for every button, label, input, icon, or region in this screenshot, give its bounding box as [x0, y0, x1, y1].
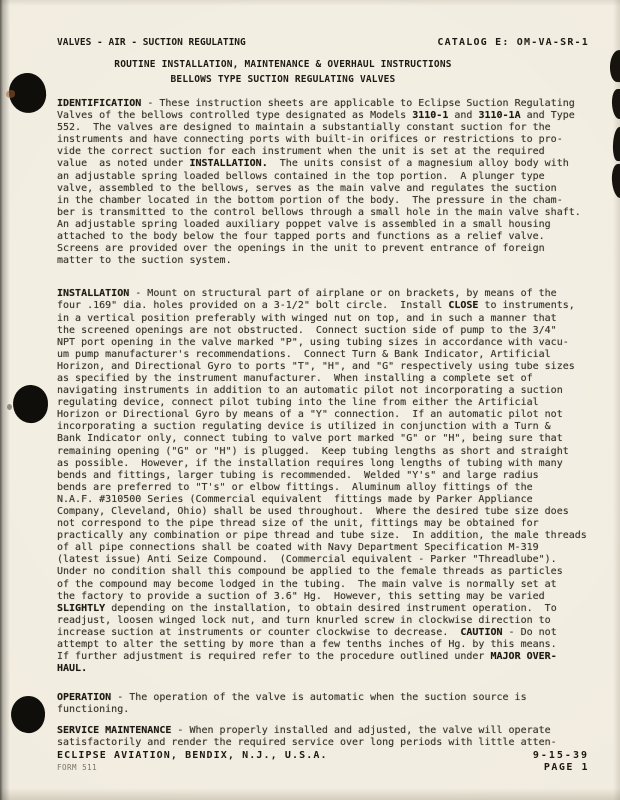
- footer-form-number: FORM 511: [57, 762, 97, 775]
- scanned-page: VALVES - AIR - SUCTION REGULATING CATALO…: [0, 0, 620, 800]
- rust-smudge: [6, 90, 15, 98]
- scan-edge-artifact: [611, 164, 620, 199]
- header-subject: VALVES - AIR - SUCTION REGULATING: [57, 37, 246, 48]
- scan-edge-artifact: [611, 89, 620, 119]
- title-line-2: BELLOWS TYPE SUCTION REGULATING VALVES: [57, 72, 509, 87]
- paragraph-service: SERVICE MAINTENANCE - When properly inst…: [57, 725, 589, 749]
- punch-hole-bottom: [9, 694, 47, 734]
- footer-form-row: FORM 511 PAGE 1: [57, 762, 589, 775]
- header-catalog-number: CATALOG E: OM-VA-SR-1: [437, 37, 589, 48]
- page-content: VALVES - AIR - SUCTION REGULATING CATALO…: [57, 37, 589, 775]
- footer-company: ECLIPSE AVIATION, BENDIX, N.J., U.S.A.: [57, 750, 328, 763]
- ink-speck: [7, 404, 12, 410]
- punch-hole-middle: [12, 384, 50, 424]
- paragraph-identification: IDENTIFICATION - These instruction sheet…: [57, 98, 589, 267]
- document-body: IDENTIFICATION - These instruction sheet…: [57, 98, 589, 749]
- footer-company-row: ECLIPSE AVIATION, BENDIX, N.J., U.S.A. 9…: [57, 750, 589, 763]
- document-title: ROUTINE INSTALLATION, MAINTENANCE & OVER…: [57, 57, 509, 87]
- footer-page-number: PAGE 1: [544, 762, 589, 775]
- page-header: VALVES - AIR - SUCTION REGULATING CATALO…: [57, 37, 589, 48]
- title-line-1: ROUTINE INSTALLATION, MAINTENANCE & OVER…: [57, 57, 509, 72]
- scan-edge-artifact: [609, 50, 620, 83]
- paragraph-operation: OPERATION - The operation of the valve i…: [57, 692, 589, 716]
- footer-date: 9-15-39: [533, 750, 589, 763]
- paragraph-installation: INSTALLATION - Mount on structural part …: [57, 288, 589, 675]
- scan-edge-artifact: [612, 127, 620, 161]
